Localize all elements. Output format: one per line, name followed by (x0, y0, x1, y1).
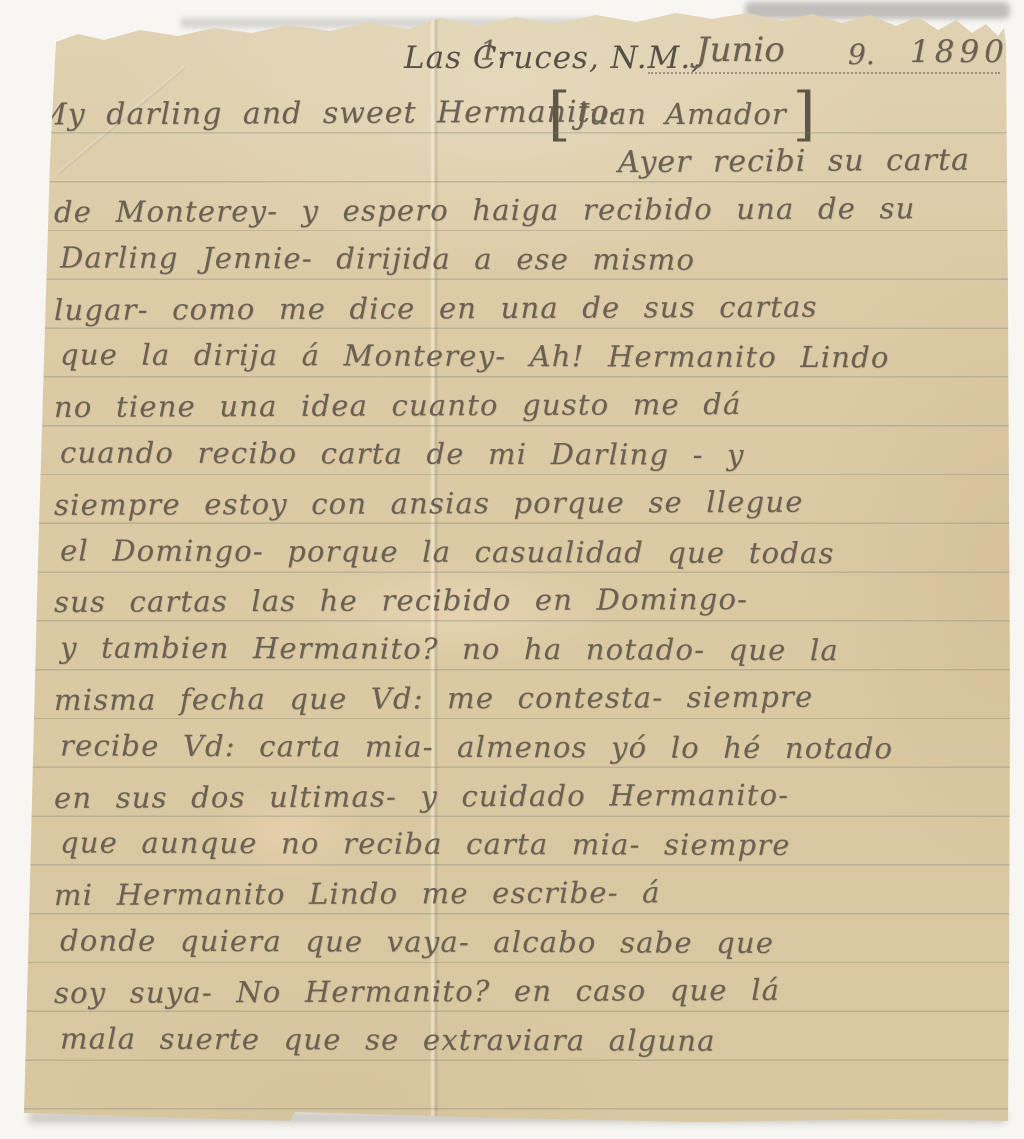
letter-line: que aunque no reciba carta mia- siempre (0, 819, 1010, 871)
tear-shadow (745, 2, 1010, 19)
date-month: Junio (696, 30, 785, 70)
annotation-bracket-close: ] (793, 90, 816, 138)
letter-scan: 1. Las Cruces, N.M., Junio 9. 1890 My da… (0, 0, 1024, 1139)
letter-line: sus cartas las he recibido en Domingo- (0, 574, 1010, 627)
archivist-annotation: [ Juan Amador ] (548, 90, 815, 138)
letter-line: donde quiera que vaya- alcabo sabe que (0, 916, 1010, 968)
letter-line: misma fecha que Vd: me contesta- siempre (0, 672, 1010, 725)
annotation-name: Juan Amador (577, 97, 787, 131)
letter-line: en sus dos ultimas- y cuidado Hermanito- (0, 769, 1010, 822)
letter-body: de Monterey- y espero haiga recibido una… (0, 186, 1010, 1064)
letter-line: mi Hermanito Lindo me escribe- á (0, 867, 1010, 920)
letter-line: lugar- como me dice en una de sus cartas (0, 281, 1010, 334)
salutation: My darling and sweet Hermanito- (36, 94, 621, 132)
letter-line: y tambien Hermanito? no ha notado- que l… (0, 623, 1010, 675)
annotation-bracket-open: [ (548, 90, 571, 138)
letter-paper: 1. Las Cruces, N.M., Junio 9. 1890 My da… (0, 0, 1024, 1139)
letter-line: el Domingo- porque la casualidad que tod… (0, 526, 1010, 578)
date-year: 1890 (910, 34, 1009, 70)
letter-line: cuando recibo carta de mi Darling - y (0, 428, 1010, 480)
opening-line: Ayer recibi su carta (590, 143, 970, 181)
letter-line: mala suerte que se extraviara alguna (0, 1014, 1010, 1066)
letter-line: soy suya- No Hermanito? en caso que lá (0, 965, 1010, 1018)
letter-line: de Monterey- y espero haiga recibido una… (0, 184, 1010, 237)
letter-line: siempre estoy con ansias porque se llegu… (0, 477, 1010, 530)
date-day: 9. (848, 38, 875, 71)
letter-line: recibe Vd: carta mia- almenos yó lo hé n… (0, 721, 1010, 773)
letter-line: que la dirija á Monterey- Ah! Hermanito … (0, 331, 1010, 383)
letter-line: Darling Jennie- dirijida a ese mismo (0, 233, 1010, 285)
letter-line: no tiene una idea cuanto gusto me dá (0, 379, 1010, 432)
